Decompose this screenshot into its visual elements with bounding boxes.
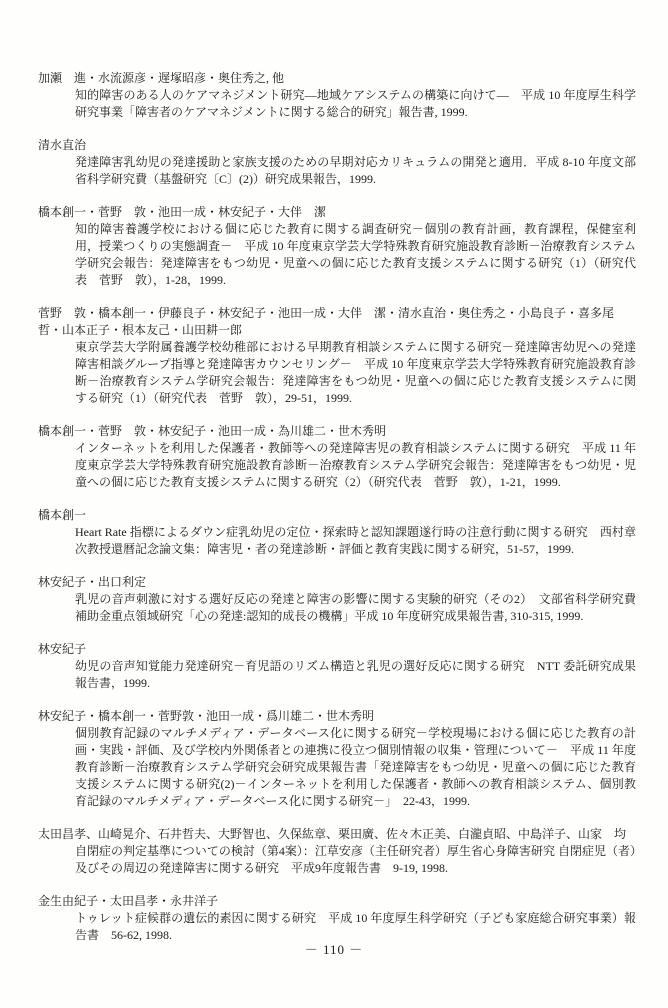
page-number: － 110 － (0, 939, 668, 958)
reference-citation: Heart Rate 指標によるダウン症乳幼児の定位・探索時と認知課題遂行時の注… (75, 524, 636, 558)
reference-citation: 幼児の音声知覚能力発達研究－育児語のリズム構造と乳児の選好反応に関する研究 NT… (75, 658, 636, 692)
reference-entry: 橋本創一・菅野 敦・池田一成・林安紀子・大伴 潔 知的障害養護学校における個に応… (38, 204, 636, 289)
reference-authors: 橋本創一 (38, 507, 636, 524)
report-page: 加瀬 進・水流源彦・遅塚昭彦・奥住秀之, 他 知的障害のある人のケアマネジメント… (0, 0, 668, 1008)
reference-authors: 林安紀子 (38, 641, 636, 658)
reference-citation: 知的障害養護学校における個に応じた教育に関する調査研究－個別の教育計画，教育課程… (75, 221, 636, 289)
reference-entry: 加瀬 進・水流源彦・遅塚昭彦・奥住秀之, 他 知的障害のある人のケアマネジメント… (38, 70, 636, 121)
reference-entry: 金生由紀子・太田昌孝・永井洋子 トゥレット症候群の遺伝的素因に関する研究 平成 … (38, 893, 636, 944)
reference-authors: 林安紀子・橋本創一・菅野敦・池田一成・爲川雄二・世木秀明 (38, 708, 636, 725)
reference-citation: 知的障害のある人のケアマネジメント研究―地域ケアシステムの構築に向けて― 平成 … (75, 87, 636, 121)
reference-authors: 林安紀子・出口利定 (38, 574, 636, 591)
reference-entry: 林安紀子・橋本創一・菅野敦・池田一成・爲川雄二・世木秀明 個別教育記録のマルチメ… (38, 708, 636, 810)
reference-authors: 橋本創一・菅野 敦・池田一成・林安紀子・大伴 潔 (38, 204, 636, 221)
reference-entry: 清水直治 発達障害乳幼児の発達援助と家族支援のための早期対応カリキュラムの開発と… (38, 137, 636, 188)
reference-citation: 発達障害乳幼児の発達援助と家族支援のための早期対応カリキュラムの開発と適用．平成… (75, 154, 636, 188)
reference-authors: 加瀬 進・水流源彦・遅塚昭彦・奥住秀之, 他 (38, 70, 636, 87)
reference-entry: 太田昌孝、山崎晃介、石井哲夫、大野智也、久保紘章、栗田廣、佐々木正美、白瀧貞昭、… (38, 826, 636, 877)
reference-citation: 自閉症の判定基準についての検討（第4案）：江草安彦（主任研究者）厚生省心身障害研… (75, 843, 636, 877)
reference-entry: 橋本創一・菅野 敦・林安紀子・池田一成・為川雄二・世木秀明 インターネットを利用… (38, 423, 636, 491)
reference-citation: インターネットを利用した保護者・教師等への発達障害児の教育相談システムに関する研… (75, 440, 636, 491)
reference-authors: 菅野 敦・橋本創一・伊藤良子・林安紀子・池田一成・大伴 潔・清水直治・奥住秀之・… (38, 305, 636, 339)
reference-authors: 橋本創一・菅野 敦・林安紀子・池田一成・為川雄二・世木秀明 (38, 423, 636, 440)
reference-entry: 菅野 敦・橋本創一・伊藤良子・林安紀子・池田一成・大伴 潔・清水直治・奥住秀之・… (38, 305, 636, 407)
reference-entry: 林安紀子 幼児の音声知覚能力発達研究－育児語のリズム構造と乳児の選好反応に関する… (38, 641, 636, 692)
reference-authors: 清水直治 (38, 137, 636, 154)
reference-authors: 金生由紀子・太田昌孝・永井洋子 (38, 893, 636, 910)
reference-citation: 個別教育記録のマルチメディア・データベース化に関する研究－学校現場における個に応… (75, 725, 636, 810)
reference-citation: 乳児の音声刺激に対する選好反応の発達と障害の影響に関する実験的研究（その2） 文… (75, 591, 636, 625)
reference-entry: 橋本創一 Heart Rate 指標によるダウン症乳幼児の定位・探索時と認知課題… (38, 507, 636, 558)
reference-entry: 林安紀子・出口利定 乳児の音声刺激に対する選好反応の発達と障害の影響に関する実験… (38, 574, 636, 625)
reference-authors: 太田昌孝、山崎晃介、石井哲夫、大野智也、久保紘章、栗田廣、佐々木正美、白瀧貞昭、… (38, 826, 636, 843)
reference-citation: 東京学芸大学附属養護学校幼稚部における早期教育相談システムに関する研究－発達障害… (75, 339, 636, 407)
